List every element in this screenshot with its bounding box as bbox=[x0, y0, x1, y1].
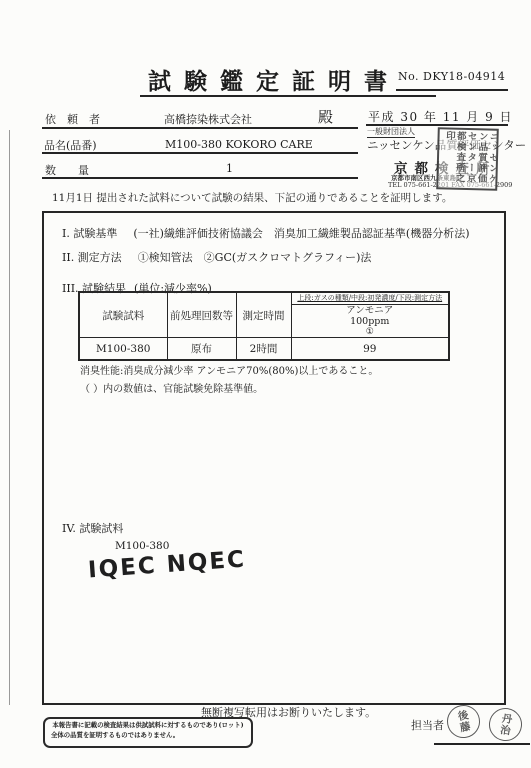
person-in-charge-label: 担当者 bbox=[411, 717, 444, 733]
disclaimer-box: 本報告書に記載の検査結果は供試試料に対するものであり(ロット) 全体の品質を証明… bbox=[43, 717, 253, 748]
issue-date: 平成 30 年 11 月 9 日 bbox=[368, 108, 513, 125]
field-underline-client bbox=[42, 127, 358, 129]
honorific-dono: 殿 bbox=[318, 106, 333, 127]
field-value-client: 高橋捺染株式会社 bbox=[164, 111, 252, 127]
result-method-number: ① bbox=[292, 328, 449, 337]
certificate-page: 試験鑑定証明書 No. DKY18-04914 依 頼 者 高橋捺染株式会社 殿… bbox=[0, 0, 531, 768]
col-header-time: 測定時間 bbox=[236, 292, 291, 338]
person-underline bbox=[434, 743, 530, 745]
field-label-product: 品名(品番) bbox=[44, 137, 97, 153]
col-header-pretreatment: 前処理回数等 bbox=[167, 292, 236, 338]
field-label-client: 依 頼 者 bbox=[45, 111, 100, 127]
hanko-2-text: 丹治 bbox=[499, 712, 513, 736]
section-4-label: IV. 試験試料 bbox=[62, 520, 123, 536]
field-value-quantity: 1 bbox=[226, 162, 233, 175]
note-performance: 消臭性能:消臭成分減少率 アンモニア70%(80%)以上であること。 bbox=[80, 362, 378, 377]
certify-statement: 11月1日 提出された試料について試験の結果、下記の通りであることを証明します。 bbox=[52, 190, 452, 205]
table-row: M100-380 原布 2時間 99 bbox=[79, 338, 449, 360]
square-seal-stamp: ニッセンケン品質評価センター京都検査所之印 bbox=[436, 127, 499, 191]
col-header-result: 上段:ガスの種類/中段:初発濃度/下段:測定方法 アンモニア 100ppm ① bbox=[291, 292, 449, 338]
result-header-note: 上段:ガスの種類/中段:初発濃度/下段:測定方法 bbox=[292, 293, 449, 305]
section-4-sample: M100-380 bbox=[115, 540, 169, 552]
cell-sample: M100-380 bbox=[79, 338, 167, 360]
hanko-1-text: 後藤 bbox=[456, 709, 470, 733]
field-label-quantity: 数 量 bbox=[45, 162, 89, 178]
col-header-sample: 試験試料 bbox=[79, 292, 167, 338]
section-2-label: II. 測定方法 bbox=[62, 251, 122, 264]
doc-number: No. DKY18-04914 bbox=[398, 70, 505, 83]
disclaimer-line-1: 本報告書に記載の検査結果は供試試料に対するものであり(ロット) bbox=[51, 721, 245, 731]
doc-number-underline bbox=[396, 89, 508, 91]
field-underline-quantity bbox=[42, 177, 358, 179]
field-value-product: M100-380 KOKORO CARE bbox=[165, 138, 313, 151]
result-gas-type: アンモニア bbox=[292, 305, 449, 317]
cell-result-value: 99 bbox=[291, 338, 449, 360]
section-2-value: ①検知管法 ②GC(ガスクロマトグラフィー)法 bbox=[138, 251, 372, 264]
disclaimer-line-2: 全体の品質を証明するものではありません。 bbox=[51, 731, 245, 741]
section-2: II. 測定方法①検知管法 ②GC(ガスクロマトグラフィー)法 bbox=[62, 249, 371, 265]
square-seal-text: ニッセンケン品質評価センター京都検査所之印 bbox=[438, 129, 499, 191]
section-1-value: (一社)繊維評価技術協議会 消臭加工繊維製品認証基準(機器分析法) bbox=[133, 227, 469, 240]
field-underline-product bbox=[42, 152, 358, 154]
round-hanko-stamp-1: 後藤 bbox=[444, 702, 482, 740]
results-table: 試験試料 前処理回数等 測定時間 上段:ガスの種類/中段:初発濃度/下段:測定方… bbox=[78, 291, 450, 361]
scan-edge-line bbox=[9, 130, 10, 705]
section-1: I. 試験基準(一社)繊維評価技術協議会 消臭加工繊維製品認証基準(機器分析法) bbox=[62, 225, 470, 241]
cell-pretreatment: 原布 bbox=[167, 338, 236, 360]
round-hanko-stamp-2: 丹治 bbox=[487, 706, 524, 743]
section-1-label: I. 試験基準 bbox=[62, 227, 117, 240]
title-underline bbox=[140, 95, 436, 97]
note-parentheses: （ ）内の数値は、官能試験免除基準値。 bbox=[80, 380, 263, 395]
cell-time: 2時間 bbox=[236, 338, 291, 360]
page-title: 試験鑑定証明書 bbox=[148, 63, 400, 96]
